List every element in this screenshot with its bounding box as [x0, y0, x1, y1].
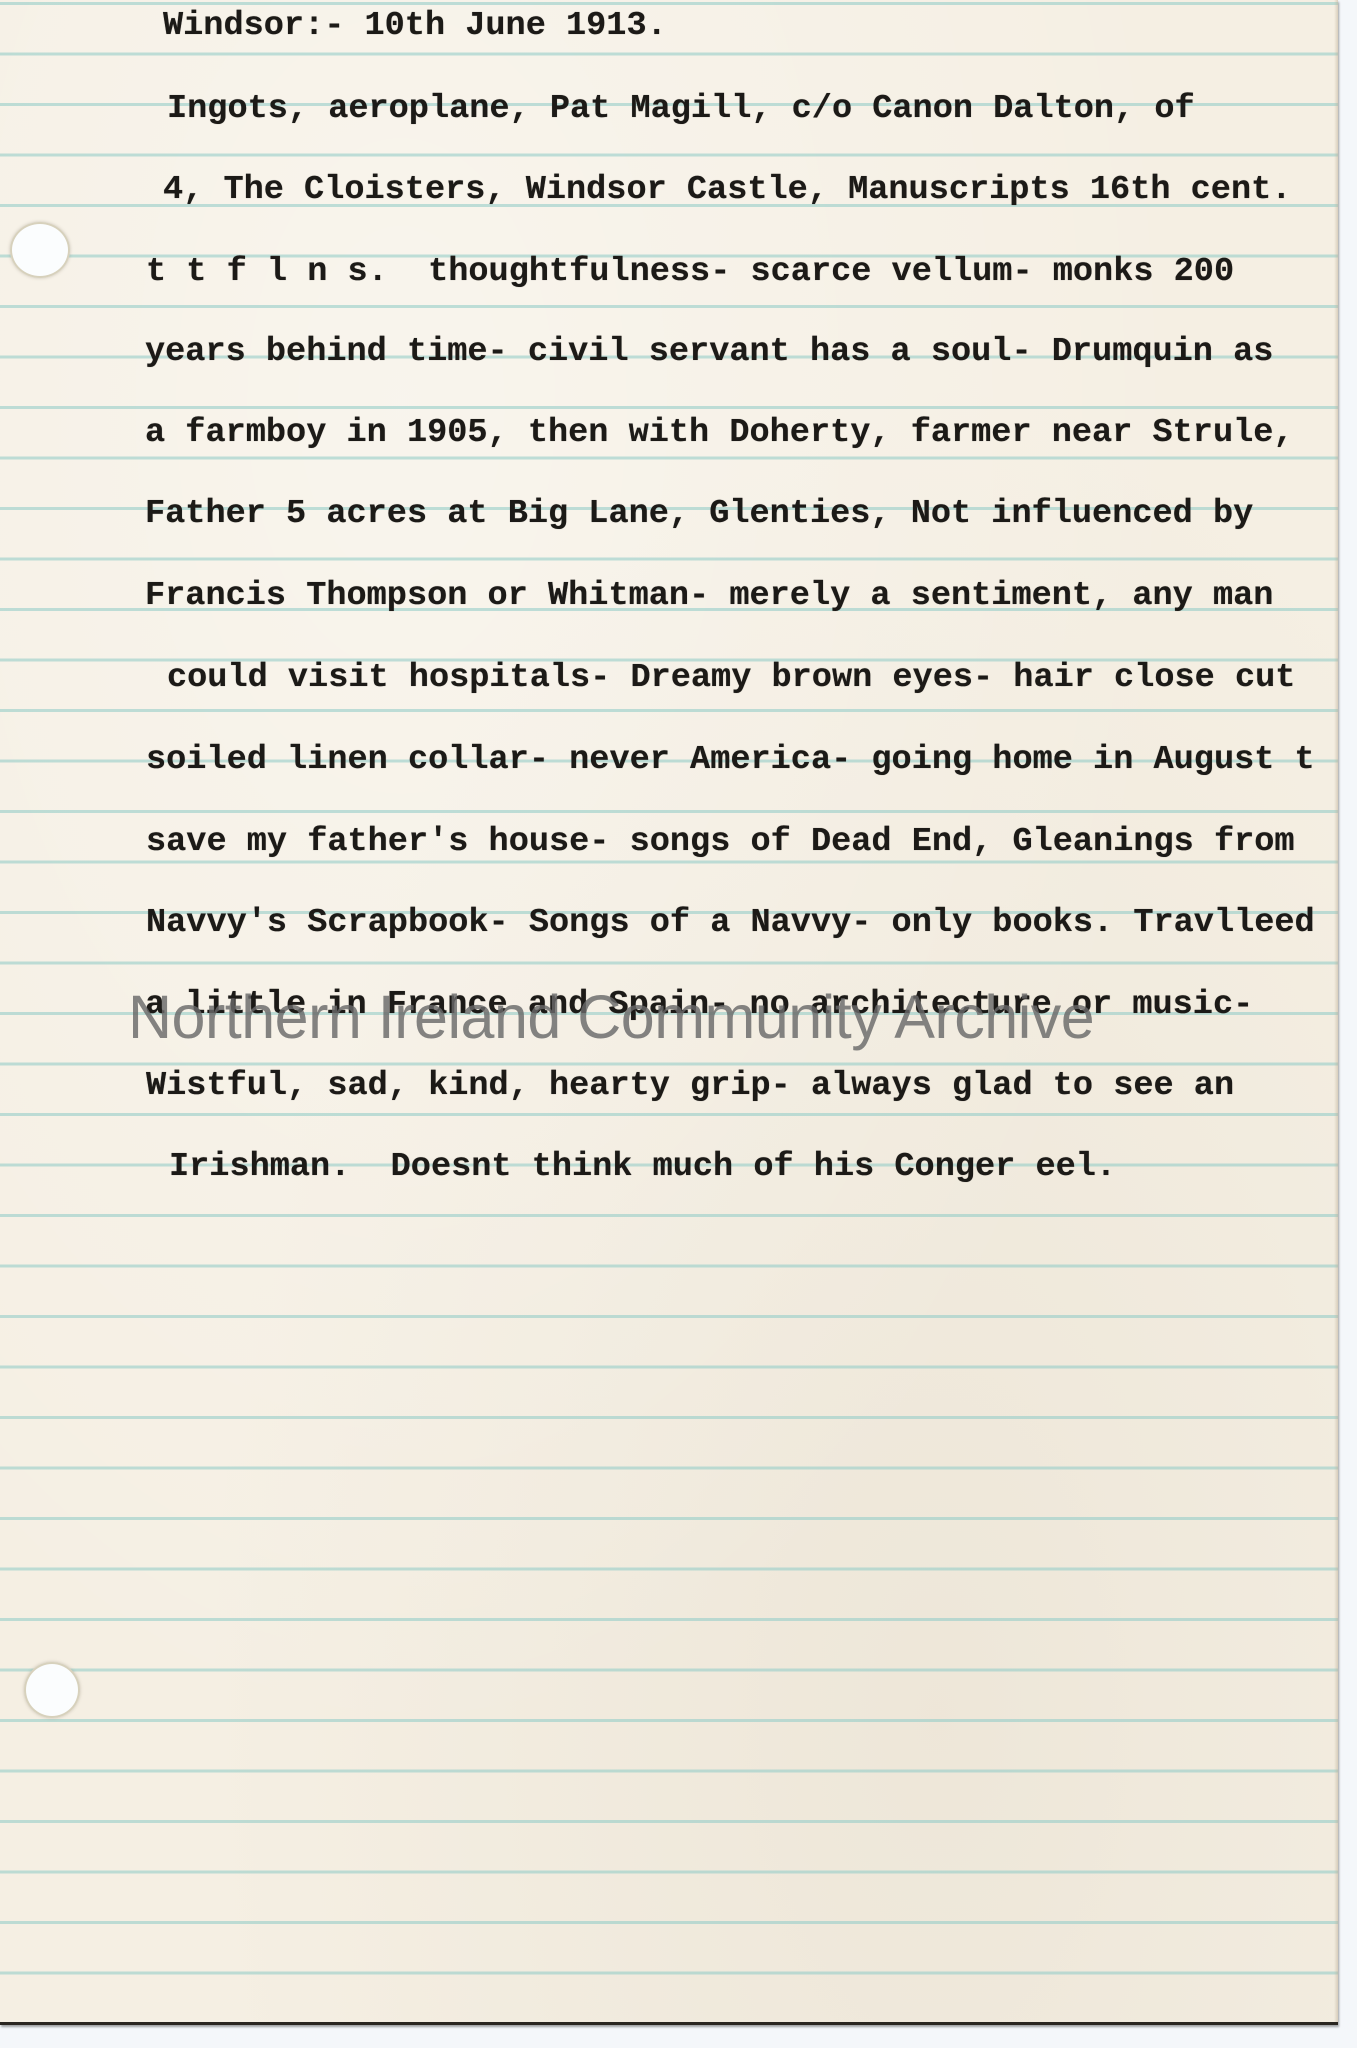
document-heading: Windsor:- 10th June 1913.: [163, 6, 667, 46]
text-line: 4, The Cloisters, Windsor Castle, Manusc…: [163, 170, 1291, 210]
text-line: save my father's house- songs of Dead En…: [146, 822, 1295, 862]
text-line: years behind time- civil servant has a s…: [145, 332, 1273, 372]
text-line: a farmboy in 1905, then with Doherty, fa…: [145, 413, 1294, 453]
text-line: Irishman. Doesnt think much of his Conge…: [169, 1147, 1116, 1187]
text-line: could visit hospitals- Dreamy brown eyes…: [167, 658, 1295, 698]
text-line: Francis Thompson or Whitman- merely a se…: [145, 576, 1273, 616]
text-line: Wistful, sad, kind, hearty grip- always …: [146, 1066, 1234, 1106]
text-line: Ingots, aeroplane, Pat Magill, c/o Canon…: [167, 89, 1195, 129]
text-line: Father 5 acres at Big Lane, Glenties, No…: [145, 494, 1253, 534]
text-line: soiled linen collar- never America- goin…: [146, 740, 1315, 780]
typewritten-page: Windsor:- 10th June 1913. Ingots, aeropl…: [0, 0, 1338, 2025]
archive-watermark: Northern Ireland Community Archive: [128, 982, 1094, 1052]
text-line: Navvy's Scrapbook- Songs of a Navvy- onl…: [146, 903, 1315, 943]
typed-text-block: Windsor:- 10th June 1913. Ingots, aeropl…: [0, 0, 1338, 646]
text-line: t t f l n s. thoughtfulness- scarce vell…: [146, 252, 1234, 292]
punch-hole-bottom: [24, 1662, 80, 1718]
